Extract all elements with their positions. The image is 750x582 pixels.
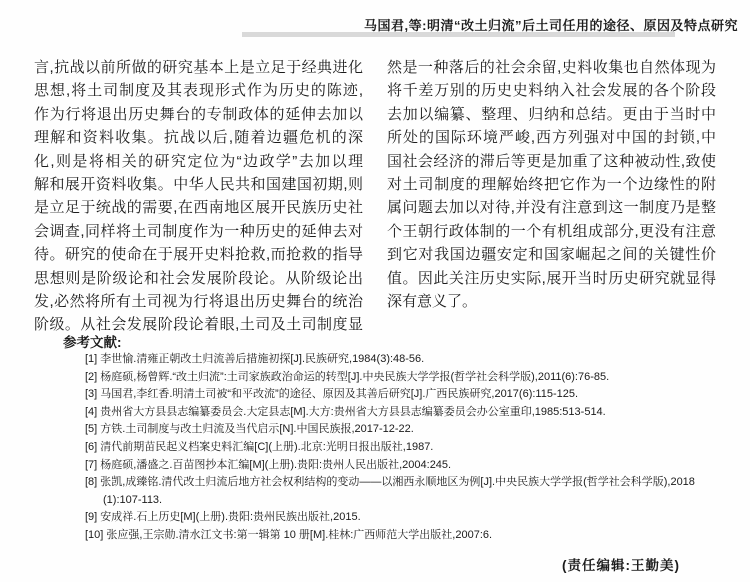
body-columns: 言,抗战以前所做的研究基本上是立足于经典进化思想,将土司制度及其表现形式作为历史… [34, 56, 716, 337]
body-text-line: 会调查,同样将土司制度作为一种历史的延伸去对 [34, 220, 363, 243]
body-text-line: 发,必然将所有土司视为行将退出历史舞台的统治 [34, 290, 363, 313]
editor-note: (责任编辑:王勤美) [562, 554, 680, 574]
right-column: 然是一种落后的社会余留,史料收集也自然体现为将千差万别的历史史料纳入社会发展的各… [387, 56, 716, 337]
reference-item: [4] 贵州省大方县县志编纂委员会.大定县志[M].大方:贵州省大方县县志编纂委… [85, 404, 723, 422]
body-text-line: 深有意义了。 [387, 290, 716, 313]
references-list: [1] 李世愉.清雍正朝改土归流善后措施初探[J].民族研究,1984(3):4… [85, 351, 723, 545]
left-column: 言,抗战以前所做的研究基本上是立足于经典进化思想,将土司制度及其表现形式作为历史… [34, 56, 363, 337]
header-rule [242, 32, 675, 37]
body-text-line: 所处的国际环境严峻,西方列强对中国的封锁,中 [387, 126, 716, 149]
references-heading: 参考文献: [63, 331, 122, 351]
body-text-line: 将千差万别的历史史料纳入社会发展的各个阶段 [387, 79, 716, 102]
body-text-line: 解和展开资料收集。中华人民共和国建国初期,则 [34, 173, 363, 196]
reference-item: [9] 安成祥.石上历史[M](上册).贵阳:贵州民族出版社,2015. [85, 509, 723, 527]
body-text-line: 是立足于统战的需要,在西南地区展开民族历史社 [34, 196, 363, 219]
reference-item: [5] 方铁.土司制度与改土归流及当代启示[N].中国民族报,2017-12-2… [85, 421, 723, 439]
body-text-line: 到它对我国边疆安定和国家崛起之间的关键性价 [387, 243, 716, 266]
reference-item: [2] 杨庭硕,杨曾辉.“改土归流”:土司家族政治命运的转型[J].中央民族大学… [85, 369, 723, 387]
journal-page: 马国君,等:明清“改土归流”后土司任用的途径、原因及特点研究 言,抗战以前所做的… [0, 0, 750, 582]
body-text-line: 思想则是阶级论和社会发展阶段论。从阶级论出 [34, 267, 363, 290]
body-text-line: 思想,将土司制度及其表现形式作为历史的陈迹, [34, 79, 363, 102]
body-text-line: 化,则是将相关的研究定位为“边政学”去加以理 [34, 150, 363, 173]
reference-item: [1] 李世愉.清雍正朝改土归流善后措施初探[J].民族研究,1984(3):4… [85, 351, 723, 369]
body-text-line: 属问题去加以对待,并没有注意到这一制度乃是整 [387, 196, 716, 219]
body-text-line: 个王朝行政体制的一个有机组成部分,更没有注意 [387, 220, 716, 243]
body-text-line: 对土司制度的理解始终把它作为一个边缘性的附 [387, 173, 716, 196]
reference-item: [7] 杨庭硕,潘盛之.百苗图抄本汇编[M](上册).贵阳:贵州人民出版社,20… [85, 457, 723, 475]
reference-item: [3] 马国君,李红香.明清土司被“和平改流”的途径、原因及其善后研究[J].广… [85, 386, 723, 404]
body-text-line: 理解和资料收集。抗战以后,随着边疆危机的深 [34, 126, 363, 149]
reference-item: [8] 张凯,成臻铭.清代改土归流后地方社会权利结构的变动——以湘西永顺地区为例… [85, 474, 723, 509]
body-text-line: 作为行将退出历史舞台的专制政体的延伸去加以 [34, 103, 363, 126]
body-text-line: 待。研究的使命在于展开史料抢救,而抢救的指导 [34, 243, 363, 266]
body-text-line: 然是一种落后的社会余留,史料收集也自然体现为 [387, 56, 716, 79]
body-text-line: 言,抗战以前所做的研究基本上是立足于经典进化 [34, 56, 363, 79]
body-text-line: 国社会经济的滞后等更是加重了这种被动性,致使 [387, 150, 716, 173]
reference-item: [10] 张应强,王宗勋.清水江文书:第一辑第 10 册[M].桂林:广西师范大… [85, 527, 723, 545]
body-text-line: 去加以编纂、整理、归纳和总结。更由于当时中国 [387, 103, 716, 126]
reference-item: [6] 清代前期苗民起义档案史料汇编[C](上册).北京:光明日报出版社,198… [85, 439, 723, 457]
body-text-line: 值。因此关注历史实际,展开当时历史研究就显得 [387, 267, 716, 290]
